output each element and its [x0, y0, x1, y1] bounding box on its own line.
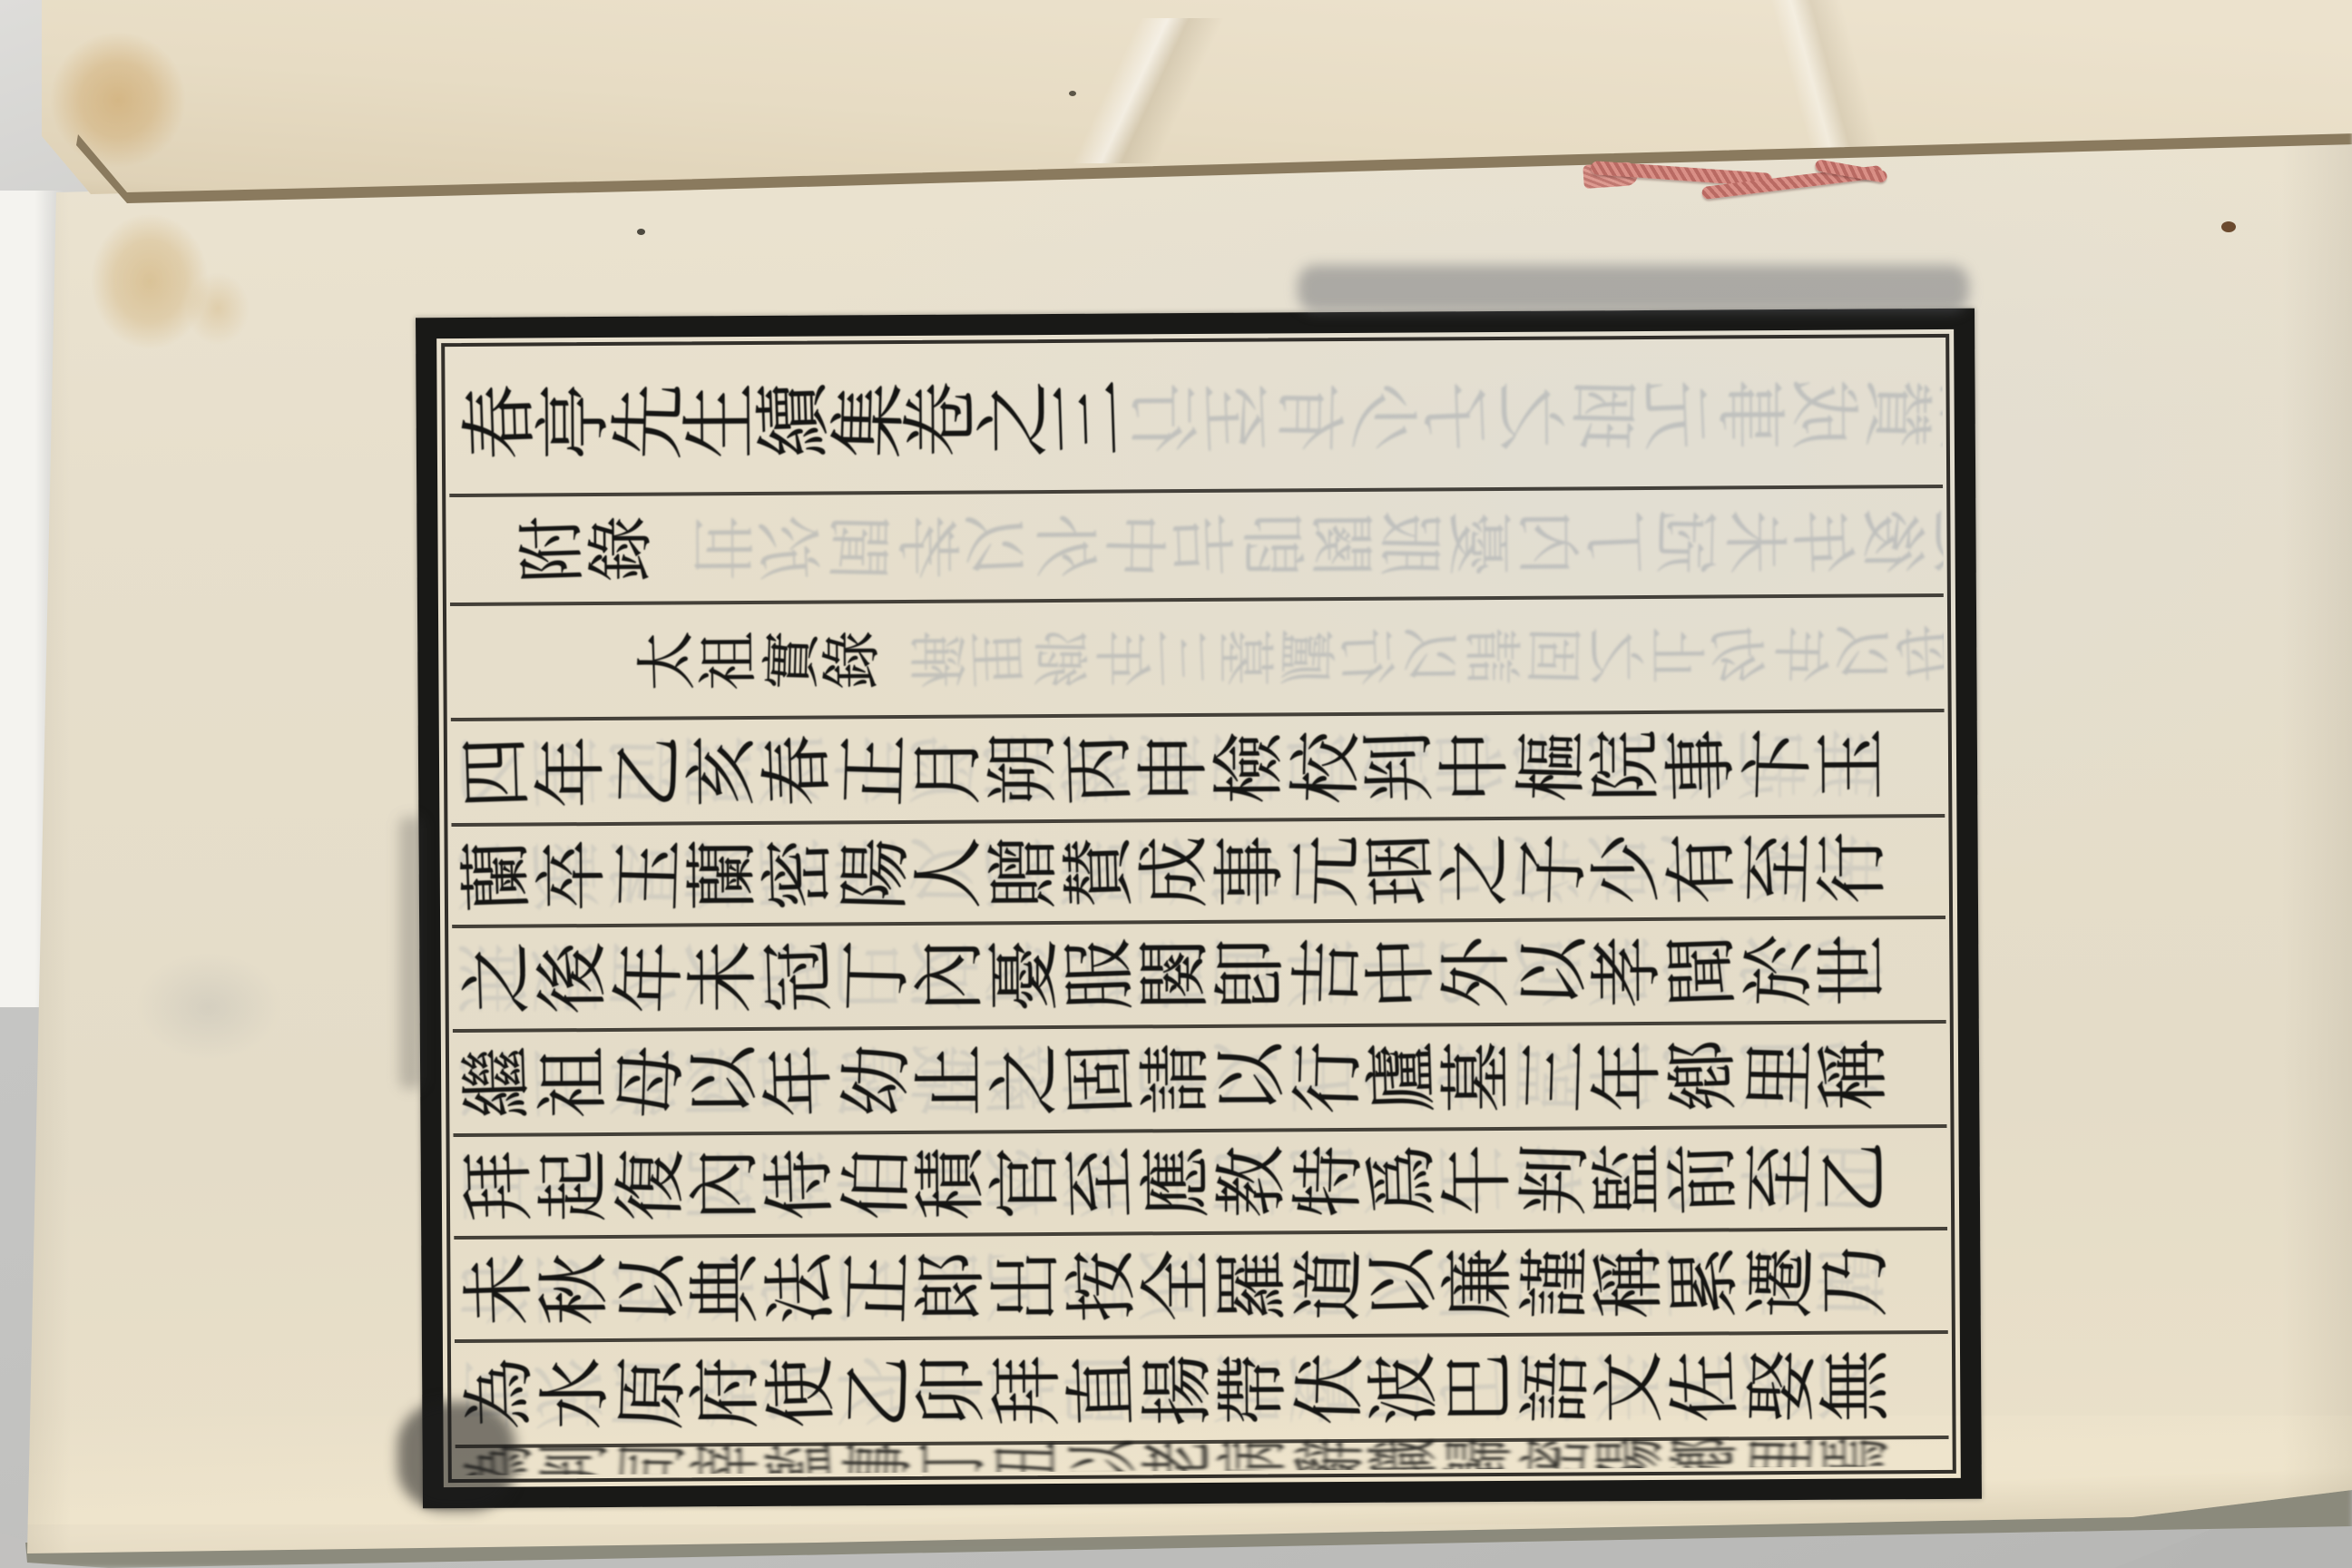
printed-character: 病 — [1216, 1438, 1291, 1475]
text-row-7: 為水原府使乙卯拜直揚帶伏波巴語文佐娶無 — [462, 1334, 1894, 1445]
printed-character: 續 — [755, 382, 831, 458]
printed-character: 中 — [1099, 511, 1170, 582]
printed-character: 有 — [1662, 829, 1740, 907]
printed-character: 稱 — [1816, 1036, 1892, 1112]
printed-character: 之 — [1492, 378, 1565, 452]
printed-character: 監 — [1591, 1142, 1667, 1218]
printed-character: 至 — [1742, 1140, 1819, 1217]
printed-character: 宰 — [689, 1442, 764, 1475]
printed-character: 元 — [1636, 377, 1712, 453]
printed-character: 卽 — [1212, 936, 1289, 1012]
printed-character: 以 — [686, 1044, 762, 1120]
printed-character: 監 — [763, 1441, 840, 1475]
printed-character: 全 — [1139, 1247, 1215, 1323]
showthrough-ghost-text: 之後年未冠丁內憂服闋卽吉中外以孝聞於世 — [685, 488, 1949, 602]
printed-character: 人 — [911, 835, 987, 911]
printed-character: 之 — [976, 381, 1050, 455]
printed-character: 繼 — [459, 1044, 537, 1122]
printed-character: 稱 — [904, 628, 965, 690]
printed-character: 歸 — [1442, 1437, 1517, 1475]
printed-character: 乙 — [1817, 1140, 1893, 1216]
printed-character: 年 — [1768, 622, 1830, 685]
showthrough-ghost-text: 繼祖母以年幼止之固請以行廬墓三年鄕里稱 — [904, 596, 1949, 715]
printed-character: 以 — [1514, 934, 1592, 1011]
printed-character: 遷 — [1742, 1242, 1819, 1319]
printed-character: 判 — [1516, 1142, 1593, 1219]
debris-speck — [2221, 221, 2236, 232]
printed-character: 職 — [1366, 1437, 1443, 1475]
printed-character: 墓 — [1212, 626, 1274, 688]
printed-character: 密 — [1517, 1436, 1595, 1475]
printed-character: 固 — [1062, 1040, 1140, 1118]
printed-character: 蘭 — [457, 837, 535, 915]
printed-character: 廬 — [1363, 1038, 1441, 1116]
printed-character: 申 — [1136, 730, 1212, 806]
printed-character: 為 — [462, 1443, 539, 1475]
record-band: 繼祖母以年幼止之固請以行廬墓三年鄕里稱 太祖實錄 — [450, 597, 1945, 721]
printed-character: 丁 — [915, 1440, 990, 1475]
foxing-stain — [50, 32, 186, 168]
pink-bookmark-cord — [1583, 152, 1892, 216]
printed-border-frame: 蘭卒玉蘭密陽人贈賛成事元珚之子少有至行 春亭先生續集卷之三 之後年未冠丁內憂服闋… — [416, 309, 1982, 1508]
printed-character: 司 — [613, 1442, 691, 1475]
text-row: 未秋以典法正郞出按全羅道以廉謹稱累遷乃 蘭卒玉蘭密陽人贈賛成事元珚之子少有至行 — [451, 818, 1945, 928]
text-row: 之後年未冠丁內憂服闋卽吉中外以孝聞於世 為水原府使乙卯拜直揚帶伏波巴語文佐娶無 — [455, 1334, 1949, 1448]
printed-character: 後 — [534, 940, 611, 1016]
printed-character: 闋 — [1306, 510, 1375, 579]
printed-character: 聞 — [823, 513, 894, 583]
printed-character: 珚 — [1361, 831, 1439, 909]
printed-character: 元 — [1289, 832, 1366, 909]
printed-character: 里 — [963, 627, 1027, 691]
printed-character: 冠 — [1651, 507, 1721, 578]
printed-character: 府 — [688, 1354, 764, 1430]
printed-character: 原 — [613, 1354, 691, 1431]
printed-character: 年 — [1786, 505, 1857, 577]
printed-character: 世 — [1815, 932, 1891, 1008]
printed-text-block: 蘭卒玉蘭密陽人贈賛成事元珚之子少有至行 春亭先生續集卷之三 之後年未冠丁內憂服闋… — [448, 341, 1949, 1475]
printed-character: 波 — [1365, 1349, 1443, 1427]
printed-character: 陽 — [837, 835, 914, 912]
printed-character: 之 — [1583, 623, 1644, 685]
printed-character: 拜 — [989, 1352, 1065, 1428]
printed-character: 以 — [958, 511, 1030, 583]
printed-character: 四 — [457, 733, 535, 811]
printed-character: 以 — [1364, 1245, 1442, 1323]
printed-character: 丑 — [990, 1440, 1065, 1475]
printed-character: 成 — [1136, 833, 1212, 909]
printed-character: 外 — [1030, 512, 1099, 581]
text-row-6: 未秋以典法正郞出按全羅道以廉謹稱累遷乃 — [461, 1230, 1893, 1339]
printed-character: 院 — [1588, 727, 1664, 803]
printed-character: 於 — [1740, 932, 1818, 1009]
printed-character: 拜 — [460, 1147, 538, 1225]
printed-character: 賛 — [1060, 833, 1138, 911]
debris-speck — [637, 229, 645, 235]
printed-character: 文 — [1592, 1348, 1668, 1425]
page-title: 春亭先生續集卷之三 — [462, 346, 1124, 493]
printed-character: 午 — [1440, 1142, 1516, 1219]
printed-character: 揚 — [1140, 1351, 1216, 1427]
printed-character: 秋 — [536, 1250, 612, 1327]
printed-character: 止 — [912, 1042, 988, 1118]
printed-character: 年 — [760, 1042, 838, 1120]
printed-character: 以 — [1397, 625, 1459, 687]
printed-character: 正 — [838, 1249, 916, 1326]
printed-character: 起 — [536, 1148, 612, 1224]
printed-character: 事 — [1712, 377, 1786, 451]
printed-character: 乃 — [1817, 1243, 1893, 1319]
printed-character: 里 — [1743, 1435, 1821, 1475]
printed-character: 積 — [913, 1145, 989, 1221]
printed-character: 成 — [1786, 377, 1859, 450]
printed-character: 子 — [1514, 830, 1592, 907]
printed-character: 祖 — [698, 629, 759, 691]
paper-crease — [817, 18, 1452, 163]
printed-character: 乙 — [610, 732, 687, 809]
printed-character: 幼 — [1703, 622, 1768, 687]
printed-character: 佐 — [1666, 1347, 1744, 1426]
printed-character: 應 — [1139, 1144, 1215, 1220]
printed-character: 娶 — [1743, 1347, 1820, 1424]
printed-character: 行 — [1289, 1039, 1367, 1116]
printed-character: 未 — [1720, 507, 1788, 576]
printed-character: 焉 — [1818, 1435, 1894, 1475]
printed-character: 辭 — [1291, 1437, 1369, 1475]
printed-character: 春 — [461, 384, 537, 460]
printed-character: 廬 — [1274, 625, 1337, 688]
printed-character: 後 — [1857, 506, 1926, 575]
printed-character: 典 — [687, 1249, 763, 1326]
text-row: 為水原府使乙卯拜直揚帶伏波巴語文佐娶無 之後年未冠丁內憂服闋卽吉中外以孝聞於世 — [452, 919, 1946, 1033]
printed-character: 鄕 — [1027, 627, 1090, 690]
printed-character: 玉 — [1814, 726, 1890, 802]
showthrough-ghost-text: 蘭卒玉蘭密陽人贈賛成事元珚之子少有至行 — [1124, 341, 1949, 490]
printed-character: 服 — [1375, 509, 1445, 580]
printed-character: 三 — [1148, 625, 1212, 690]
foxing-stain — [186, 272, 250, 345]
printed-character: 事 — [1211, 833, 1288, 909]
printed-character: 正 — [836, 731, 913, 808]
text-row-3: 之後年未冠丁內憂服闋卽吉中外以孝聞於世 — [459, 919, 1891, 1029]
printed-character: 集 — [831, 382, 906, 457]
printed-character: 教 — [1214, 1143, 1290, 1220]
debris-speck — [1069, 91, 1076, 96]
printed-character: 為 — [461, 1355, 539, 1433]
printed-character: 乙 — [839, 1353, 916, 1430]
printed-character: 少 — [1588, 830, 1664, 906]
printed-character: 春 — [759, 731, 837, 809]
printed-character: 至 — [1063, 1143, 1141, 1221]
printed-character: 於 — [751, 512, 823, 583]
printed-character: 樞 — [1514, 727, 1591, 804]
printed-character: 亥 — [684, 732, 760, 808]
printed-character: 錄 — [821, 629, 883, 691]
printed-character: 生 — [682, 383, 756, 456]
printed-character: 朔 — [985, 730, 1062, 807]
printed-character: 墓 — [1439, 1039, 1515, 1115]
printed-character: 錄 — [586, 514, 655, 583]
printed-character: 至 — [1195, 379, 1271, 456]
printed-character: 復 — [612, 1147, 690, 1224]
printed-character: 服 — [1061, 936, 1139, 1014]
text-row: 拜起復內侍伯積官至應教特爲午判監前至乙 四年乙亥春正月朔丙申檢校判中樞院事卞玉 — [451, 712, 1945, 827]
printed-character: 至 — [1740, 828, 1818, 906]
printed-character: 官 — [988, 1145, 1064, 1221]
printed-character: 內 — [911, 937, 987, 1014]
printed-character: 蘭 — [685, 836, 761, 912]
printed-character: 附 — [516, 514, 587, 584]
printed-character: 法 — [761, 1249, 839, 1327]
printed-character: 丁 — [837, 937, 914, 1014]
printed-character: 廉 — [1440, 1245, 1516, 1321]
text-row-8-blurred: 為判司宰監事丁丑以老病辭職歸密陽鄕里焉 — [463, 1442, 1894, 1475]
printed-character: 卯 — [914, 1353, 990, 1429]
printed-character: 稱 — [1591, 1244, 1667, 1320]
section-label: 附錄 — [517, 496, 656, 603]
printed-character: 以 — [1064, 1439, 1142, 1475]
printed-character: 孝 — [892, 513, 961, 582]
printed-character: 判 — [1361, 728, 1439, 806]
printed-character: 陽 — [1592, 1436, 1668, 1475]
printed-character: 語 — [1517, 1348, 1594, 1426]
photograph-of-woodblock-book: 蘭卒玉蘭密陽人贈賛成事元珚之子少有至行 春亭先生續集卷之三 之後年未冠丁內憂服闋… — [0, 0, 2352, 1568]
printed-character: 有 — [1271, 379, 1347, 455]
printed-character: 外 — [1438, 935, 1514, 1011]
printed-character: 無 — [1818, 1347, 1894, 1424]
printed-character: 母 — [612, 1044, 689, 1121]
printed-character: 吉 — [1165, 510, 1237, 582]
printed-character: 謹 — [1516, 1244, 1593, 1321]
printed-character: 月 — [910, 731, 986, 808]
printed-character: 郞 — [913, 1249, 989, 1325]
printed-character: 年 — [1089, 627, 1151, 689]
printed-character: 少 — [1345, 379, 1418, 453]
printed-character: 行 — [1814, 829, 1890, 906]
printed-character: 鄕 — [1664, 1036, 1742, 1114]
printed-character: 之 — [458, 939, 536, 1017]
printed-character: 卷 — [903, 382, 976, 456]
printed-character: 母 — [1888, 621, 1949, 685]
text-row-4: 繼祖母以年幼止之固請以行廬墓三年鄕里稱 — [460, 1024, 1892, 1133]
printed-character: 事 — [1662, 726, 1740, 804]
printed-character: 聞 — [1663, 932, 1741, 1010]
printed-character: 事 — [839, 1440, 917, 1475]
printed-character: 判 — [538, 1443, 613, 1475]
printed-character: 前 — [1665, 1140, 1743, 1218]
printed-character: 水 — [537, 1355, 613, 1431]
printed-character: 帶 — [1215, 1351, 1291, 1427]
printed-character: 中 — [1437, 728, 1514, 804]
foxing-stain — [91, 213, 209, 349]
printed-character: 丁 — [1579, 507, 1651, 579]
printed-character: 亭 — [535, 384, 609, 457]
text-row-2: 蘭卒玉蘭密陽人贈賛成事元珚之子少有至行 — [458, 818, 1890, 925]
printed-character: 內 — [687, 1147, 763, 1223]
printed-character: 固 — [1521, 623, 1583, 686]
printed-character: 老 — [1141, 1439, 1216, 1475]
printed-character: 幼 — [838, 1042, 915, 1119]
printed-character: 檢 — [1211, 730, 1288, 806]
printed-character: 賛 — [1859, 376, 1935, 451]
printed-character: 中 — [1362, 934, 1440, 1012]
printed-character: 三 — [1515, 1038, 1592, 1115]
printed-character: 珚 — [1565, 377, 1641, 453]
printed-character: 冠 — [759, 937, 838, 1015]
printed-character: 內 — [1513, 508, 1582, 577]
printed-character: 特 — [1290, 1142, 1367, 1220]
printed-character: 子 — [1416, 377, 1492, 454]
printed-character: 以 — [1213, 1040, 1289, 1116]
printed-character: 累 — [1665, 1243, 1743, 1321]
printed-character: 年 — [534, 733, 610, 809]
printed-character: 使 — [762, 1353, 840, 1431]
text-row: 四年乙亥春正月朔丙申檢校判中樞院事卞玉 拜起復內侍伯積官至應教特爲午判監前至乙 — [454, 1128, 1948, 1240]
printed-character: 直 — [1063, 1351, 1142, 1429]
printed-character: 止 — [1644, 623, 1706, 685]
printed-character: 行 — [1124, 380, 1198, 454]
printed-character: 卒 — [534, 837, 611, 913]
printed-character: 憂 — [986, 937, 1063, 1014]
printed-character: 年 — [611, 939, 688, 1016]
printed-character: 道 — [1290, 1246, 1367, 1323]
printed-character: 卽 — [1237, 510, 1306, 579]
text-row: 為判司宰監事丁丑以老病辭職歸密陽鄕里焉 繼祖母以年幼止之固請以行廬墓三年鄕里稱 — [453, 1024, 1947, 1137]
text-row-5: 拜起復內侍伯積官至應教特爲午判監前至乙 — [461, 1128, 1893, 1236]
printed-character: 實 — [760, 628, 824, 691]
printed-character: 三 — [1049, 380, 1125, 456]
printed-character: 未 — [685, 939, 761, 1015]
printed-character: 未 — [460, 1250, 538, 1328]
printed-character: 年 — [1590, 1038, 1666, 1114]
printed-character: 里 — [1741, 1036, 1818, 1113]
printed-character: 按 — [1063, 1247, 1141, 1325]
printed-character: 校 — [1288, 729, 1365, 806]
printed-character: 贈 — [986, 834, 1063, 910]
printed-character: 請 — [1138, 1041, 1214, 1117]
printed-character: 行 — [1333, 624, 1397, 689]
printed-character: 之 — [1437, 831, 1514, 907]
printed-character: 卞 — [1739, 725, 1817, 802]
printed-character: 吉 — [1289, 935, 1366, 1012]
record-label: 太祖實錄 — [636, 603, 884, 717]
printed-character: 爲 — [1364, 1142, 1442, 1220]
printed-character: 祖 — [535, 1044, 612, 1121]
printed-character: 以 — [1829, 622, 1891, 684]
printed-character: 世 — [685, 514, 754, 583]
printed-character: 請 — [1459, 624, 1521, 686]
printed-character: 羅 — [1214, 1247, 1290, 1323]
printed-character: 先 — [611, 383, 686, 458]
printed-character: 憂 — [1444, 509, 1513, 578]
printed-character: 丙 — [1060, 730, 1138, 808]
printed-character: 伏 — [1291, 1350, 1368, 1427]
text-row-1: 四年乙亥春正月朔丙申檢校判中樞院事卞玉 — [458, 712, 1890, 823]
printed-character: 孝 — [1589, 934, 1665, 1010]
printed-character: 闋 — [1137, 936, 1213, 1013]
title-band: 蘭卒玉蘭密陽人贈賛成事元珚之子少有至行 春亭先生續集卷之三 — [448, 341, 1943, 497]
printed-character: 巴 — [1441, 1349, 1517, 1426]
text-row-partial: 為判司宰監事丁丑以老病辭職歸密陽鄕里焉 — [456, 1439, 1949, 1475]
printed-character: 太 — [635, 629, 699, 692]
printed-character: 玉 — [611, 836, 688, 913]
section-band: 之後年未冠丁內憂服闋卽吉中外以孝聞於世 附錄 — [449, 488, 1944, 606]
printed-character: 之 — [987, 1042, 1063, 1118]
printed-character: 侍 — [761, 1145, 839, 1223]
printed-character: 以 — [612, 1249, 690, 1327]
printed-character: 密 — [759, 835, 837, 913]
printed-character: 出 — [988, 1248, 1064, 1324]
text-row: 蘭卒玉蘭密陽人贈賛成事元珚之子少有至行 未秋以典法正郞出按全羅道以廉謹稱累遷乃 — [454, 1230, 1948, 1343]
gray-smudge-stain — [136, 953, 281, 1062]
printed-character: 鄕 — [1666, 1436, 1743, 1475]
printed-character: 伯 — [838, 1145, 916, 1222]
